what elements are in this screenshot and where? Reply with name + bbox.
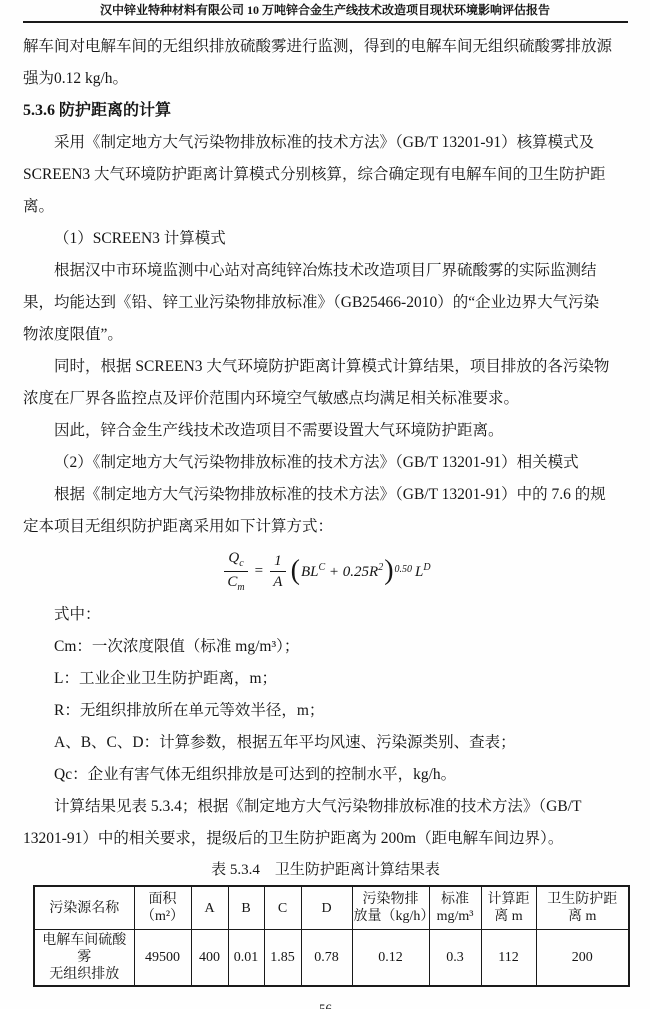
text-line: 采用《制定地方大气污染物排放标准的技术方法》（GB/T 13201-91）核算模… [23, 127, 628, 159]
formula-lhs-denominator: Cm [227, 572, 244, 594]
table-cell: 0.3 [429, 930, 481, 987]
text-line: 离。 [23, 191, 628, 223]
table-cell: 112 [481, 930, 536, 987]
close-paren: ) [384, 557, 393, 585]
formula-symbol: Q [228, 550, 239, 566]
equals-sign: = [255, 563, 263, 580]
page-number: 56 [23, 1001, 628, 1009]
formula-lhs-fraction: Qc Cm [224, 549, 247, 594]
text-line: 13201-91）中的相关要求，提级后的卫生防护距离为 200m（距电解车间边界… [23, 823, 628, 855]
formula-subscript: m [237, 582, 244, 593]
formula-subscript: c [239, 558, 243, 569]
formula-symbol: C [227, 574, 237, 590]
definition-line: L：工业企业卫生防护距离，m； [23, 663, 628, 695]
formula-rhs-numerator: 1 [270, 552, 286, 572]
document-page: 汉中锌业特种材料有限公司 10 万吨锌合金生产线技术改造项目现状环境影响评估报告… [0, 0, 650, 1009]
text-line: 根据汉中市环境监测中心站对高纯锌冶炼技术改造项目厂界硫酸雾的实际监测结 [23, 255, 628, 287]
formula-term: LD [415, 562, 431, 581]
table-cell: 0.01 [228, 930, 264, 987]
table-cell: 电解车间硫酸雾 无组织排放 [34, 930, 134, 987]
formula-superscript: D [423, 562, 430, 573]
table-caption: 表 5.3.4 卫生防护距离计算结果表 [23, 855, 628, 885]
text-line: 定本项目无组织防护距离采用如下计算方式： [23, 511, 628, 543]
column-header: B [228, 886, 264, 930]
column-header: A [191, 886, 228, 930]
protection-distance-results-table: 污染源名称 面积 （m²） A B C D 污染物排 放量（kg/h） 标准 m… [33, 885, 630, 987]
table-cell: 49500 [134, 930, 191, 987]
text-line: 解车间对电解车间的无组织排放硫酸雾进行监测，得到的电解车间无组织硫酸雾排放源 [23, 31, 628, 63]
formula-outer-exponent: 0.50 [395, 564, 413, 575]
formula-symbol: BL [301, 564, 319, 580]
text-line: SCREEN3 大气环境防护距离计算模式分别核算，综合确定现有电解车间的卫生防护… [23, 159, 628, 191]
text-line: 因此，锌合金生产线技术改造项目不需要设置大气环境防护距离。 [23, 415, 628, 447]
definition-line: R：无组织排放所在单元等效半径，m； [23, 695, 628, 727]
document-content: 解车间对电解车间的无组织排放硫酸雾进行监测，得到的电解车间无组织硫酸雾排放源 强… [0, 23, 650, 1009]
formula-term: BLC + 0.25R2 [301, 562, 383, 581]
formula-rhs-fraction: 1 A [270, 552, 286, 591]
column-header: 污染源名称 [34, 886, 134, 930]
subsection-label: （2）《制定地方大气污染物排放标准的技术方法》（GB/T 13201-91）相关… [23, 447, 628, 479]
definition-line: A、B、C、D：计算参数，根据五年平均风速、污染源类别、查表； [23, 727, 628, 759]
protection-distance-formula: Qc Cm = 1 A ( BLC + 0.25R2 ) 0.50 LD [23, 543, 628, 599]
table-cell: 200 [536, 930, 629, 987]
text-line: 强为0.12 kg/h。 [23, 63, 628, 95]
table-cell: 0.12 [352, 930, 429, 987]
column-header: 污染物排 放量（kg/h） [352, 886, 429, 930]
formula-lhs-numerator: Qc [224, 549, 247, 572]
text-line: 式中： [23, 599, 628, 631]
text-line: 物浓度限值”。 [23, 319, 628, 351]
table-cell: 1.85 [264, 930, 301, 987]
text-line: 根据《制定地方大气污染物排放标准的技术方法》（GB/T 13201-91）中的 … [23, 479, 628, 511]
table-cell: 400 [191, 930, 228, 987]
subsection-label: （1）SCREEN3 计算模式 [23, 223, 628, 255]
column-header: C [264, 886, 301, 930]
text-line: 同时，根据 SCREEN3 大气环境防护距离计算模式计算结果，项目排放的各污染物 [23, 351, 628, 383]
definition-line: Qc：企业有害气体无组织排放是可达到的控制水平，kg/h。 [23, 759, 628, 791]
table-cell: 0.78 [301, 930, 352, 987]
table-header-row: 污染源名称 面积 （m²） A B C D 污染物排 放量（kg/h） 标准 m… [34, 886, 629, 930]
column-header: 卫生防护距 离 m [536, 886, 629, 930]
formula-rhs-denominator: A [273, 572, 282, 591]
running-header-title: 汉中锌业特种材料有限公司 10 万吨锌合金生产线技术改造项目现状环境影响评估报告 [0, 0, 650, 18]
column-header: 标准 mg/m³ [429, 886, 481, 930]
text-line: 浓度在厂界各监控点及评价范围内环境空气敏感点均满足相关标准要求。 [23, 383, 628, 415]
table-row: 电解车间硫酸雾 无组织排放 49500 400 0.01 1.85 0.78 0… [34, 930, 629, 987]
formula-superscript: 2 [378, 562, 383, 573]
definition-line: Cm：一次浓度限值（标准 mg/m³）； [23, 631, 628, 663]
section-heading: 5.3.6 防护距离的计算 [23, 95, 628, 127]
formula-symbol: A [273, 574, 282, 590]
column-header: 计算距 离 m [481, 886, 536, 930]
column-header: 面积 （m²） [134, 886, 191, 930]
formula-symbol: + 0.25R [325, 564, 378, 580]
open-paren: ( [291, 557, 300, 585]
column-header: D [301, 886, 352, 930]
text-line: 计算结果见表 5.3.4；根据《制定地方大气污染物排放标准的技术方法》（GB/T [23, 791, 628, 823]
text-line: 果，均能达到《铅、锌工业污染物排放标准》（GB25466-2010）的“企业边界… [23, 287, 628, 319]
